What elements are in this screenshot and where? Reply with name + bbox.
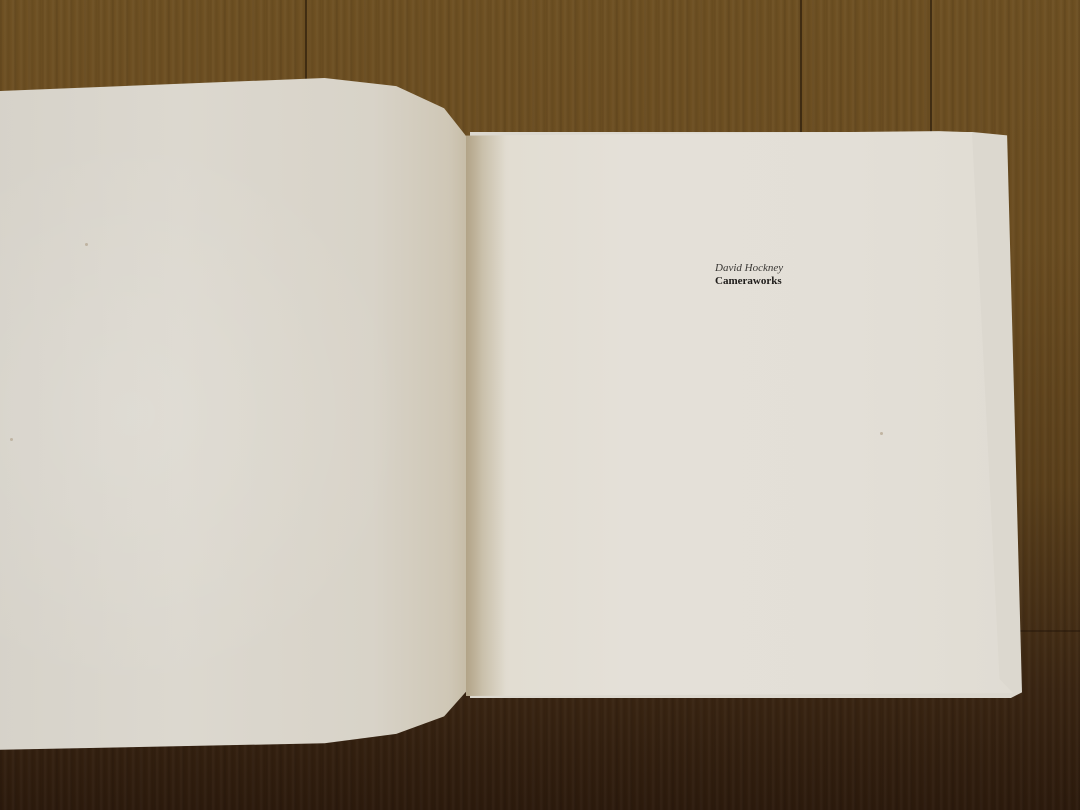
paper-speck xyxy=(880,432,883,435)
title-block: David Hockney Cameraworks xyxy=(715,262,783,288)
table-plank-seam xyxy=(305,0,307,85)
book-title: Cameraworks xyxy=(715,275,783,288)
table-plank-seam xyxy=(930,0,932,135)
photo-scene: David Hockney Cameraworks xyxy=(0,0,1080,810)
paper-speck xyxy=(85,243,88,246)
right-page-title-page xyxy=(466,130,1016,696)
paper-speck xyxy=(10,438,13,441)
table-plank-seam xyxy=(800,0,802,140)
author-name: David Hockney xyxy=(715,262,783,275)
left-page xyxy=(0,78,468,750)
